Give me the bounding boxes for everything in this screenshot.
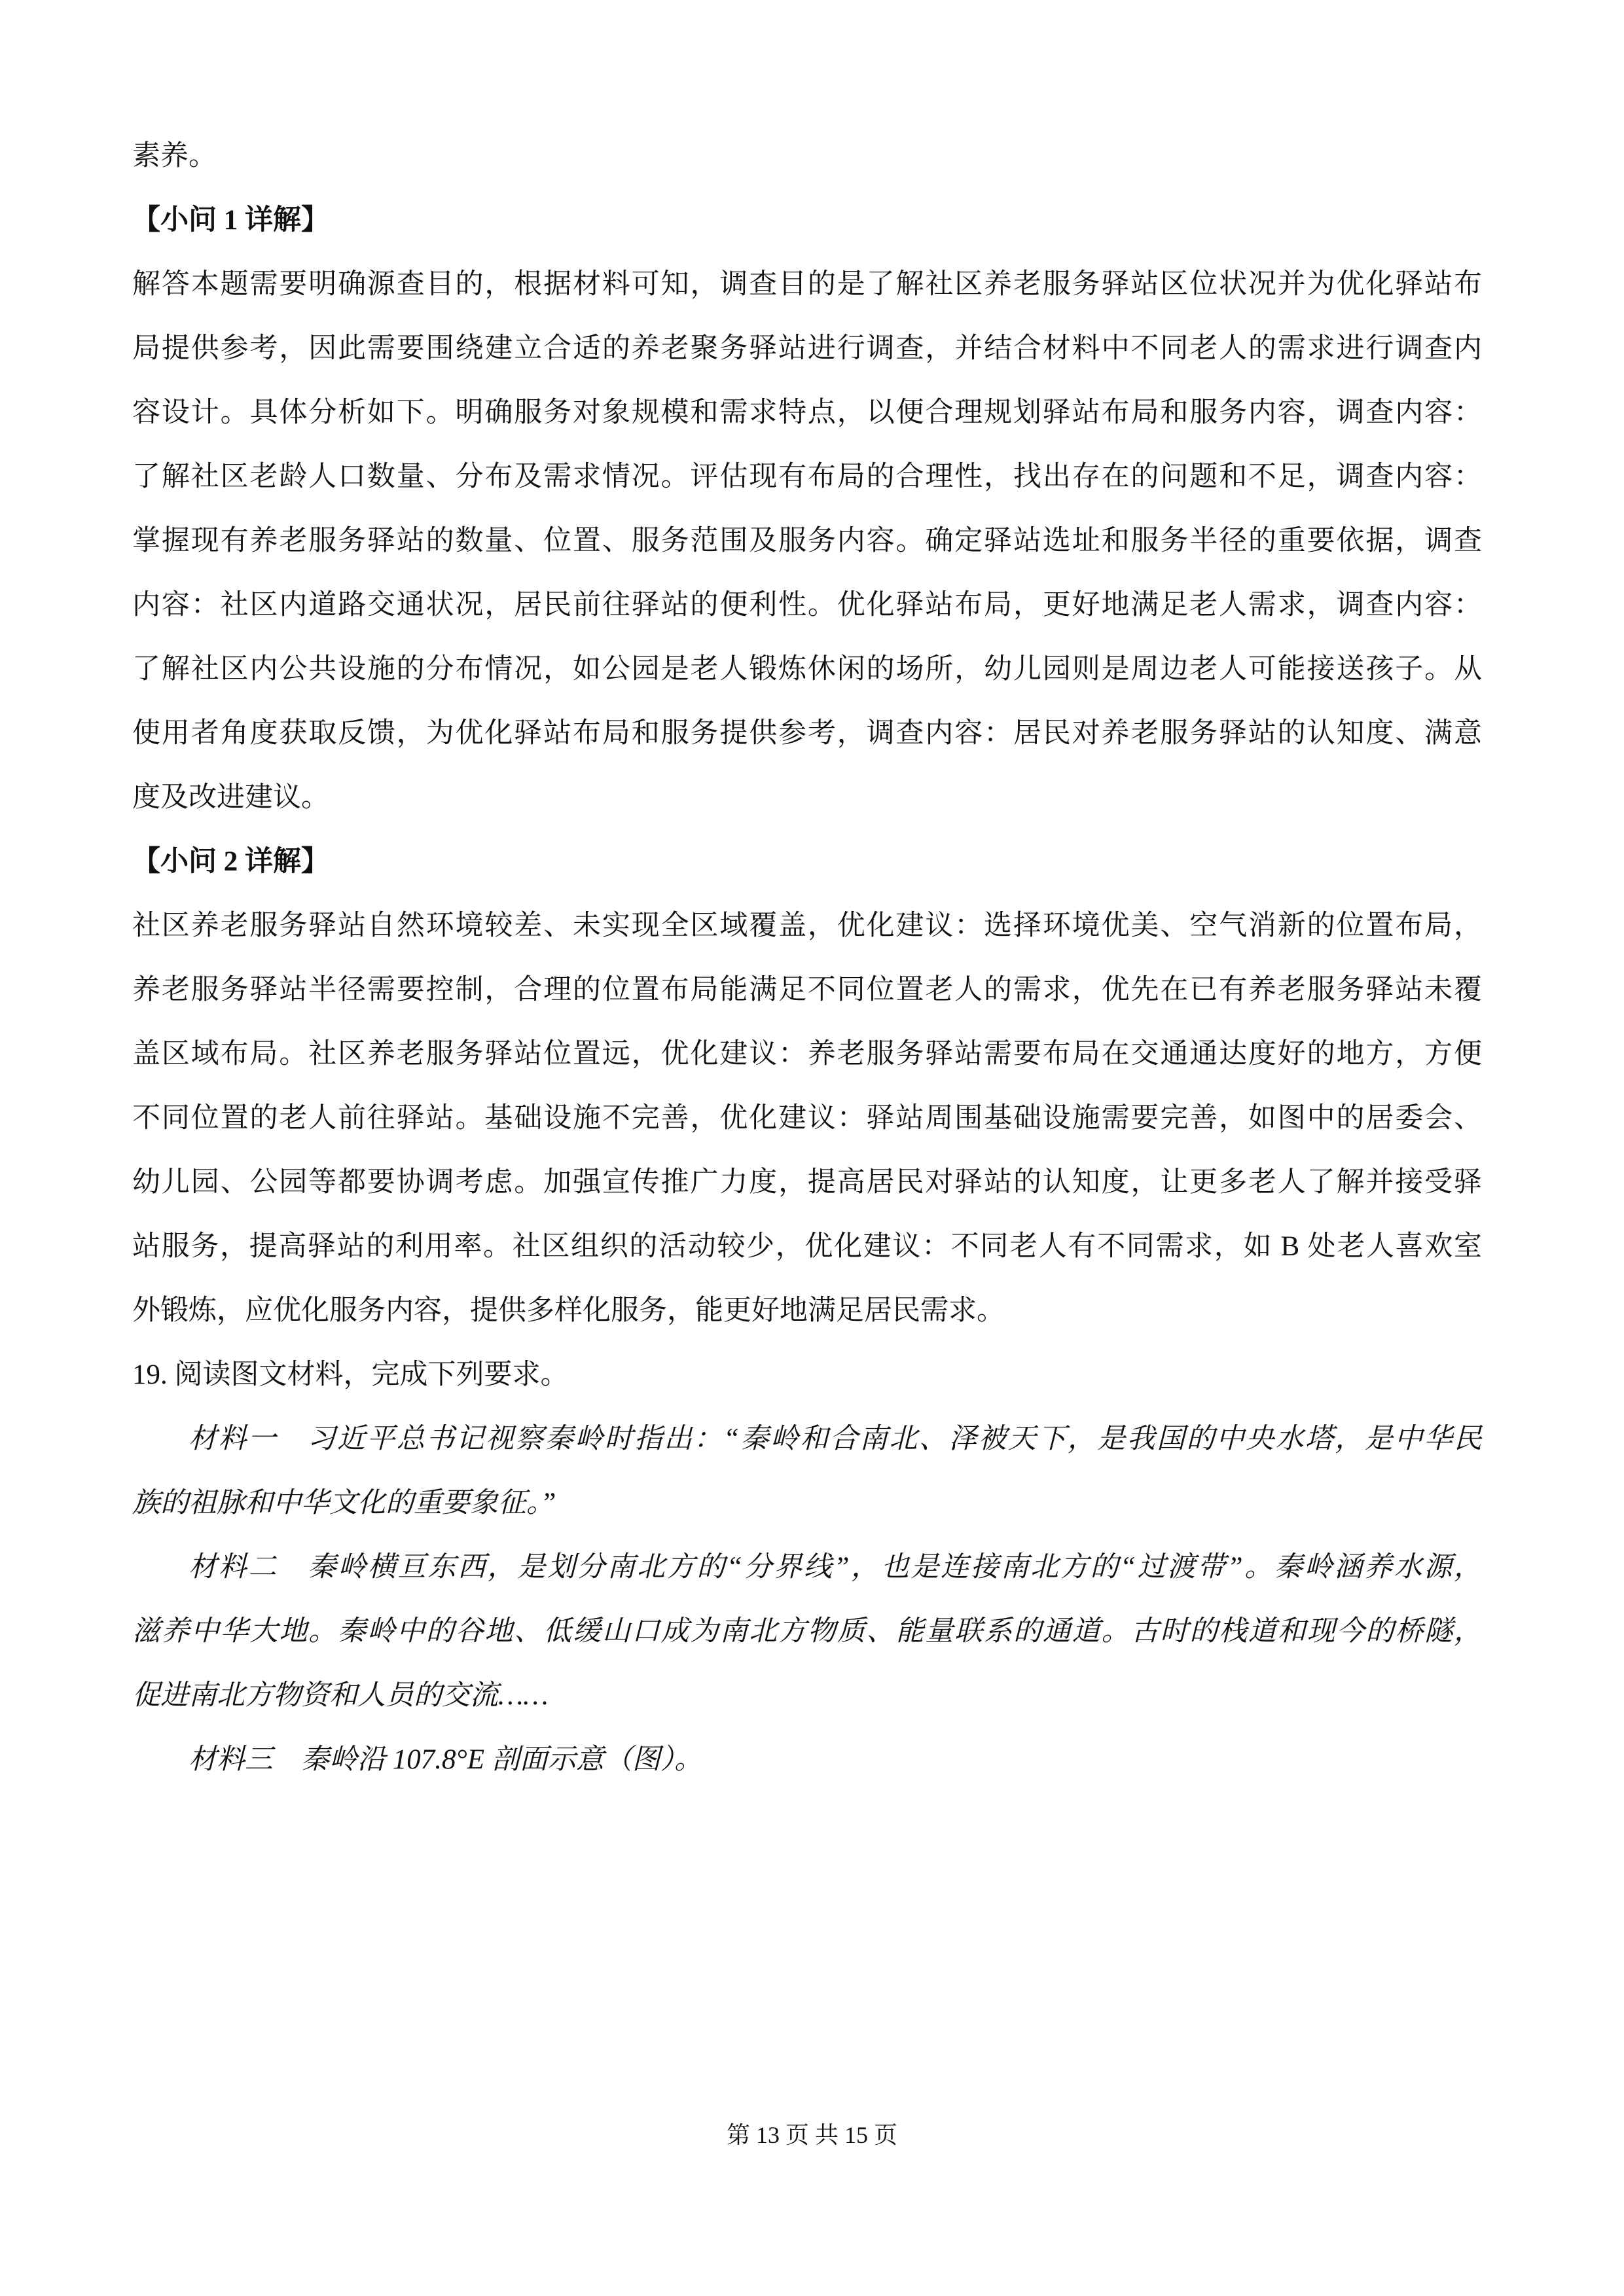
subquestion-2-explanation-line: 站服务，提高驿站的利用率。社区组织的活动较少，优化建议：不同老人有不同需求，如 … xyxy=(132,1215,1482,1279)
material-2-line: 滋养中华大地。秦岭中的谷地、低缓山口成为南北方物质、能量联系的通道。古时的栈道和… xyxy=(132,1600,1482,1664)
subquestion-1-explanation-line: 内容：社区内道路交通状况，居民前往驿站的便利性。优化驿站布局，更好地满足老人需求… xyxy=(132,573,1482,637)
paragraph-continuation: 素养。 xyxy=(132,124,1482,188)
material-2-line: 材料二 秦岭横亘东西，是划分南北方的“分界线”，也是连接南北方的“过渡带”。秦岭… xyxy=(132,1535,1482,1600)
subquestion-1-explanation-line: 局提供参考，因此需要围绕建立合适的养老聚务驿站进行调查，并结合材料中不同老人的需… xyxy=(132,317,1482,381)
document-body: 素养。 【小问 1 详解】 解答本题需要明确源查目的，根据材料可知，调查目的是了… xyxy=(132,124,1482,1792)
question-19-stem: 19. 阅读图文材料，完成下列要求。 xyxy=(132,1343,1482,1407)
material-2-line: 促进南北方物资和人员的交流…… xyxy=(132,1664,1482,1728)
material-1-line: 族的祖脉和中华文化的重要象征。” xyxy=(132,1471,1482,1535)
subquestion-2-explanation-line: 养老服务驿站半径需要控制，合理的位置布局能满足不同位置老人的需求，优先在已有养老… xyxy=(132,958,1482,1022)
subquestion-2-heading: 【小问 2 详解】 xyxy=(132,830,1482,894)
subquestion-2-explanation-line: 幼儿园、公园等都要协调考虑。加强宣传推广力度，提高居民对驿站的认知度，让更多老人… xyxy=(132,1151,1482,1215)
subquestion-1-explanation-line: 了解社区内公共设施的分布情况，如公园是老人锻炼休闲的场所，幼儿园则是周边老人可能… xyxy=(132,637,1482,702)
subquestion-1-heading: 【小问 1 详解】 xyxy=(132,188,1482,253)
subquestion-1-explanation-line: 容设计。具体分析如下。明确服务对象规模和需求特点，以便合理规划驿站布局和服务内容… xyxy=(132,381,1482,445)
page-number-footer: 第 13 页 共 15 页 xyxy=(0,2121,1624,2149)
subquestion-2-explanation-line: 外锻炼，应优化服务内容，提供多样化服务，能更好地满足居民需求。 xyxy=(132,1279,1482,1343)
subquestion-1-explanation-line: 度及改进建议。 xyxy=(132,766,1482,830)
material-1-line: 材料一 习近平总书记视察秦岭时指出：“秦岭和合南北、泽被天下，是我国的中央水塔，… xyxy=(132,1407,1482,1471)
subquestion-1-explanation-line: 了解社区老龄人口数量、分布及需求情况。评估现有布局的合理性，找出存在的问题和不足… xyxy=(132,445,1482,509)
material-3-line: 材料三 秦岭沿 107.8°E 剖面示意（图）。 xyxy=(132,1728,1482,1792)
document-page: 素养。 【小问 1 详解】 解答本题需要明确源查目的，根据材料可知，调查目的是了… xyxy=(0,0,1624,2296)
subquestion-2-explanation-line: 社区养老服务驿站自然环境较差、未实现全区域覆盖，优化建议：选择环境优美、空气消新… xyxy=(132,894,1482,958)
subquestion-1-explanation-line: 解答本题需要明确源查目的，根据材料可知，调查目的是了解社区养老服务驿站区位状况并… xyxy=(132,253,1482,317)
subquestion-1-explanation-line: 使用者角度获取反馈，为优化驿站布局和服务提供参考，调查内容：居民对养老服务驿站的… xyxy=(132,702,1482,766)
subquestion-1-explanation-line: 掌握现有养老服务驿站的数量、位置、服务范围及服务内容。确定驿站选址和服务半径的重… xyxy=(132,509,1482,573)
subquestion-2-explanation-line: 盖区域布局。社区养老服务驿站位置远，优化建议：养老服务驿站需要布局在交通通达度好… xyxy=(132,1022,1482,1086)
subquestion-2-explanation-line: 不同位置的老人前往驿站。基础设施不完善，优化建议：驿站周围基础设施需要完善，如图… xyxy=(132,1086,1482,1151)
